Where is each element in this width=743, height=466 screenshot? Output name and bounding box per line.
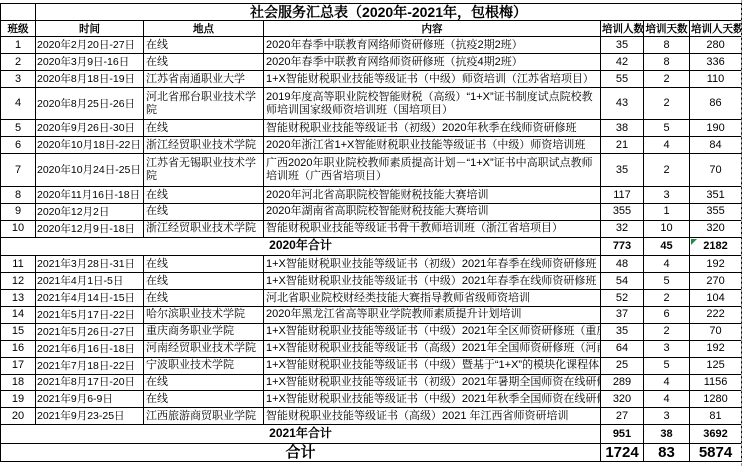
table-row: 42020年8月25日-26日河北省邢台职业技术学院2019年度高等职业院校智能…	[1, 87, 742, 120]
cell-trainees[interactable]: 27	[601, 408, 644, 425]
cell-class-no[interactable]: 15	[1, 323, 36, 340]
cell-person-days[interactable]: 125	[690, 357, 742, 374]
cell-days[interactable]: 4	[644, 374, 690, 391]
cell-class-no[interactable]: 16	[1, 340, 36, 357]
cell-content[interactable]: 智能财税职业技能等级证书（初级）2020年秋季在线师资研修班	[264, 120, 601, 137]
cell-days[interactable]: 2	[644, 70, 690, 87]
cell-time[interactable]: 2021年4月14日-15日	[36, 289, 144, 306]
cell-class-no[interactable]: 8	[1, 186, 36, 203]
cell-content[interactable]: 1+X智能财税职业技能等级证书（中级）师资培训（江苏省培项目）	[264, 70, 601, 87]
cell-days[interactable]: 6	[644, 306, 690, 323]
cell-content[interactable]: 1+X智能财税职业技能等级证书（中级）2021年春季在线师资研修班	[264, 272, 601, 289]
cell-days[interactable]: 2	[644, 154, 690, 187]
cell-person-days[interactable]: 280	[690, 37, 742, 54]
cell-total-label[interactable]: 2020年合计	[1, 237, 601, 255]
cell-class-no[interactable]: 13	[1, 289, 36, 306]
cell-location[interactable]: 在线	[144, 272, 264, 289]
cell-location[interactable]: 在线	[144, 256, 264, 273]
cell-time[interactable]: 2021年8月17日-20日	[36, 374, 144, 391]
cell-trainees[interactable]: 951	[601, 425, 644, 443]
cell-trainees[interactable]: 43	[601, 87, 644, 120]
cell-person-days[interactable]: 192	[690, 340, 742, 357]
cell-person-days[interactable]: 1156	[690, 374, 742, 391]
cell-total-label[interactable]: 2021年合计	[1, 425, 601, 443]
cell-class-no[interactable]: 5	[1, 120, 36, 137]
cell-content[interactable]: 2020年浙江省1+X智能财税职业技能等级证书（中级）师资培训班	[264, 137, 601, 154]
cell-class-no[interactable]: 2	[1, 54, 36, 71]
cell-person-days[interactable]: 190	[690, 120, 742, 137]
cell-trainees[interactable]: 48	[601, 256, 644, 273]
spreadsheet-view: 社会服务汇总表（2020年-2021年，包根梅） 班级 时间 地点 内容 培训人…	[0, 0, 743, 466]
cell-time[interactable]: 2021年4月1日-5日	[36, 272, 144, 289]
cell-person-days[interactable]: 336	[690, 54, 742, 71]
summary-table: 社会服务汇总表（2020年-2021年，包根梅） 班级 时间 地点 内容 培训人…	[0, 3, 742, 462]
table-row: 142021年5月17日-22日哈尔滨职业技术学院2020年黑龙江省高等职业学院…	[1, 306, 742, 323]
cell-person-days[interactable]: 222	[690, 306, 742, 323]
cell-time[interactable]: 2021年9月6-9日	[36, 391, 144, 408]
cell-location[interactable]: 在线	[144, 37, 264, 54]
page-break-line	[741, 0, 742, 466]
cell-time[interactable]: 2020年9月26日-30日	[36, 120, 144, 137]
cell-time[interactable]: 2021年6月16日-18日	[36, 340, 144, 357]
table-row: 192021年9月6-9日在线1+X智能财税职业技能等级证书（中级）2021年秋…	[1, 391, 742, 408]
cell-days[interactable]: 5	[644, 272, 690, 289]
cell-content[interactable]: 广西2020年职业院校教师素质提高计划－“1+X”证书中高职试点教师培训班（广西…	[264, 154, 601, 187]
cell-person-days[interactable]: 84	[690, 137, 742, 154]
cell-trainees[interactable]: 320	[601, 391, 644, 408]
cell-person-days[interactable]: 70	[690, 323, 742, 340]
cell-days[interactable]: 4	[644, 256, 690, 273]
cell-location[interactable]: 在线	[144, 374, 264, 391]
cell-trainees[interactable]: 21	[601, 137, 644, 154]
cell-days[interactable]: 4	[644, 137, 690, 154]
cell-content[interactable]: 1+X智能财税职业技能等级证书（中级）2021年全区师资研修班（重庆站）	[264, 323, 601, 340]
cell-trainees[interactable]: 35	[601, 323, 644, 340]
cell-class-no[interactable]: 3	[1, 70, 36, 87]
cell-time[interactable]: 2020年12月9日-18日	[36, 220, 144, 237]
cell-content[interactable]: 2020年黑龙江省高等职业学院教师素质提升计划培训	[264, 306, 601, 323]
cell-class-no[interactable]: 1	[1, 37, 36, 54]
cell-time[interactable]: 2021年5月26日-27日	[36, 323, 144, 340]
cell-time[interactable]: 2021年5月17日-22日	[36, 306, 144, 323]
cell-location[interactable]: 在线	[144, 186, 264, 203]
header-row: 班级 时间 地点 内容 培训人数 培训天数 培训人天数	[1, 21, 742, 37]
table-row: 12020年2月20日-27日在线2020年春季中联教育网络师资研修班（抗疫2期…	[1, 37, 742, 54]
cell-days[interactable]: 83	[644, 443, 690, 461]
table-row: 132021年4月14日-15日在线河北省职业院校财经类技能大赛指导教师省级师资…	[1, 289, 742, 306]
table-row: 52020年9月26日-30日在线智能财税职业技能等级证书（初级）2020年秋季…	[1, 120, 742, 137]
cell-person-days[interactable]: 2182	[690, 237, 742, 255]
cell-class-no[interactable]: 18	[1, 374, 36, 391]
cell-content[interactable]: 1+X智能财税职业技能等级证书（高级）2021年全国师资研修班（河南站）	[264, 340, 601, 357]
cell-location[interactable]: 浙江经贸职业技术学院	[144, 137, 264, 154]
cell-person-days[interactable]: 1280	[690, 391, 742, 408]
cell-content[interactable]: 2020年春季中联教育网络师资研修班（抗疫2期2班）	[264, 37, 601, 54]
cell-location[interactable]: 在线	[144, 289, 264, 306]
cell-trainees[interactable]: 35	[601, 37, 644, 54]
cell-location[interactable]: 重庆商务职业学院	[144, 323, 264, 340]
cell-content[interactable]: 2020年湖南省高职院校智能财税技能大赛培训	[264, 203, 601, 220]
cell-days[interactable]: 3	[644, 186, 690, 203]
cell-location[interactable]: 河北省邢台职业技术学院	[144, 87, 264, 120]
cell-location[interactable]: 江苏省南通职业大学	[144, 70, 264, 87]
cell-location[interactable]: 河南经贸职业技术学院	[144, 340, 264, 357]
cell-trainees[interactable]: 355	[601, 203, 644, 220]
table-row: 182021年8月17日-20日在线1+X智能财税职业技能等级证书（初级）202…	[1, 374, 742, 391]
cell-content[interactable]: 1+X智能财税职业技能等级证书（中级）2021年秋季全国师资在线研修	[264, 391, 601, 408]
grand-total-row: 合计1724835874	[1, 443, 742, 461]
cell-person-days[interactable]: 351	[690, 186, 742, 203]
cell-days[interactable]: 5	[644, 120, 690, 137]
cell-days[interactable]: 5	[644, 357, 690, 374]
cell-content[interactable]: 1+X智能财税职业技能等级证书（初级）2021年暑期全国师资在线研修班	[264, 374, 601, 391]
cell-content[interactable]: 2019年度高等职业院校智能财税（高级）“1+X”证书制度试点院校教师培训国家级…	[264, 87, 601, 120]
cell-class-no[interactable]: 6	[1, 137, 36, 154]
cell-location[interactable]: 在线	[144, 391, 264, 408]
cell-days[interactable]: 38	[644, 425, 690, 443]
cell-location[interactable]: 在线	[144, 203, 264, 220]
cell-days[interactable]: 2	[644, 87, 690, 120]
cell-location[interactable]: 哈尔滨职业技术学院	[144, 306, 264, 323]
cell-person-days[interactable]: 110	[690, 70, 742, 87]
col-header-person-days[interactable]: 培训人天数	[690, 21, 742, 37]
cell-trainees[interactable]: 52	[601, 289, 644, 306]
col-header-content[interactable]: 内容	[264, 21, 601, 37]
cell-location[interactable]: 在线	[144, 54, 264, 71]
table-row: 32020年8月18日-19日江苏省南通职业大学1+X智能财税职业技能等级证书（…	[1, 70, 742, 87]
col-header-trainees[interactable]: 培训人数	[601, 21, 644, 37]
cell-content[interactable]: 河北省职业院校财经类技能大赛指导教师省级师资培训	[264, 289, 601, 306]
cell-trainees[interactable]: 55	[601, 70, 644, 87]
cell-person-days[interactable]: 5874	[690, 443, 742, 461]
table-row: 152021年5月26日-27日重庆商务职业学院1+X智能财税职业技能等级证书（…	[1, 323, 742, 340]
cell-content[interactable]: 2020年春季中联教育网络师资研修班（抗疫4期2班）	[264, 54, 601, 71]
cell-person-days[interactable]: 70	[690, 154, 742, 187]
page-title[interactable]: 社会服务汇总表（2020年-2021年，包根梅）	[36, 4, 742, 21]
cell-time[interactable]: 2020年8月18日-19日	[36, 70, 144, 87]
table-row: 22020年3月9日-16日在线2020年春季中联教育网络师资研修班（抗疫4期2…	[1, 54, 742, 71]
cell-time[interactable]: 2021年3月28日-31日	[36, 256, 144, 273]
cell-days[interactable]: 2	[644, 323, 690, 340]
cell-trainees[interactable]: 32	[601, 220, 644, 237]
cell-time[interactable]: 2021年9月23-25日	[36, 408, 144, 425]
cell-content[interactable]: 1+X智能财税职业技能等级证书（初级）2021年春季在线师资研修班	[264, 256, 601, 273]
cell-trainees[interactable]: 64	[601, 340, 644, 357]
cell-location[interactable]: 在线	[144, 120, 264, 137]
cell-time[interactable]: 2020年8月25日-26日	[36, 87, 144, 120]
cell-class-no[interactable]: 19	[1, 391, 36, 408]
cell-location[interactable]: 宁波职业技术学院	[144, 357, 264, 374]
cell-time[interactable]: 2020年10月18日-22日	[36, 137, 144, 154]
cell-class-no[interactable]: 10	[1, 220, 36, 237]
cell-time[interactable]: 2021年7月18日-22日	[36, 357, 144, 374]
cell-trainees[interactable]: 773	[601, 237, 644, 255]
table-row: 202021年9月23-25日江西旅游商贸职业学院智能财税职业技能等级证书（高级…	[1, 408, 742, 425]
cell-days[interactable]: 8	[644, 37, 690, 54]
cell-location[interactable]: 江西旅游商贸职业学院	[144, 408, 264, 425]
cell-content[interactable]: 1+X智能财税职业技能等级证书（中级）暨基于“1+X”的模块化课程体系构建与	[264, 357, 601, 374]
cell-class-no[interactable]: 11	[1, 256, 36, 273]
cell-trainees[interactable]: 1724	[601, 443, 644, 461]
cell-time[interactable]: 2020年2月20日-27日	[36, 37, 144, 54]
cell-trainees[interactable]: 42	[601, 54, 644, 71]
cell-time[interactable]: 2020年11月16日-18日	[36, 186, 144, 203]
cell-days[interactable]: 10	[644, 220, 690, 237]
col-header-time[interactable]: 时间	[36, 21, 144, 37]
cell-days[interactable]: 3	[644, 408, 690, 425]
cell-person-days[interactable]: 86	[690, 87, 742, 120]
cell-class-no[interactable]: 17	[1, 357, 36, 374]
table-row: 102020年12月9日-18日浙江经贸职业技术学院智能财税职业技能等级证书骨干…	[1, 220, 742, 237]
cell-days[interactable]: 1	[644, 203, 690, 220]
cell-trainees[interactable]: 38	[601, 120, 644, 137]
cell-location[interactable]: 浙江经贸职业技术学院	[144, 220, 264, 237]
cell-content[interactable]: 智能财税职业技能等级证书（高级）2021 年江西省师资研培训	[264, 408, 601, 425]
cell-class-no[interactable]: 20	[1, 408, 36, 425]
cell-trainees[interactable]: 289	[601, 374, 644, 391]
table-row: 82020年11月16日-18日在线2020年河北省高职院校智能财税技能大赛培训…	[1, 186, 742, 203]
table-row: 122021年4月1日-5日在线1+X智能财税职业技能等级证书（中级）2021年…	[1, 272, 742, 289]
cell-trainees[interactable]: 117	[601, 186, 644, 203]
table-row: 172021年7月18日-22日宁波职业技术学院1+X智能财税职业技能等级证书（…	[1, 357, 742, 374]
cell-time[interactable]: 2020年10月24日-25日	[36, 154, 144, 187]
table-row: 112021年3月28日-31日在线1+X智能财税职业技能等级证书（初级）202…	[1, 256, 742, 273]
cell-location[interactable]: 江苏省无锡职业技术学院	[144, 154, 264, 187]
error-indicator-icon	[691, 239, 697, 245]
cell-class-no[interactable]: 4	[1, 87, 36, 120]
cell-total-label[interactable]: 合计	[1, 443, 601, 461]
cell-class-no[interactable]: 14	[1, 306, 36, 323]
cell-trainees[interactable]: 37	[601, 306, 644, 323]
title-row-left-cell[interactable]	[1, 4, 36, 21]
cell-class-no[interactable]: 12	[1, 272, 36, 289]
cell-person-days[interactable]: 104	[690, 289, 742, 306]
table-row: 72020年10月24日-25日江苏省无锡职业技术学院广西2020年职业院校教师…	[1, 154, 742, 187]
cell-trainees[interactable]: 35	[601, 154, 644, 187]
table-row: 92020年12月2日在线2020年湖南省高职院校智能财税技能大赛培训35513…	[1, 203, 742, 220]
total-row-2020: 2020年合计773452182	[1, 237, 742, 255]
cell-days[interactable]: 2	[644, 289, 690, 306]
cell-trainees[interactable]: 54	[601, 272, 644, 289]
cell-person-days[interactable]: 355	[690, 203, 742, 220]
cell-content[interactable]: 2020年河北省高职院校智能财税技能大赛培训	[264, 186, 601, 203]
cell-person-days[interactable]: 320	[690, 220, 742, 237]
cell-days[interactable]: 3	[644, 340, 690, 357]
cell-content[interactable]: 智能财税职业技能等级证书骨干教师培训班（浙江省培项目）	[264, 220, 601, 237]
cell-class-no[interactable]: 9	[1, 203, 36, 220]
col-header-days[interactable]: 培训天数	[644, 21, 690, 37]
cell-person-days[interactable]: 192	[690, 256, 742, 273]
cell-time[interactable]: 2020年12月2日	[36, 203, 144, 220]
table-row: 162021年6月16日-18日河南经贸职业技术学院1+X智能财税职业技能等级证…	[1, 340, 742, 357]
cell-days[interactable]: 8	[644, 54, 690, 71]
table-row: 62020年10月18日-22日浙江经贸职业技术学院2020年浙江省1+X智能财…	[1, 137, 742, 154]
total-row-2021: 2021年合计951383692	[1, 425, 742, 443]
cell-time[interactable]: 2020年3月9日-16日	[36, 54, 144, 71]
cell-days[interactable]: 45	[644, 237, 690, 255]
cell-days[interactable]: 4	[644, 391, 690, 408]
cell-class-no[interactable]: 7	[1, 154, 36, 187]
cell-person-days[interactable]: 81	[690, 408, 742, 425]
col-header-location[interactable]: 地点	[144, 21, 264, 37]
cell-person-days[interactable]: 3692	[690, 425, 742, 443]
cell-person-days[interactable]: 270	[690, 272, 742, 289]
cell-trainees[interactable]: 25	[601, 357, 644, 374]
col-header-class-no[interactable]: 班级	[1, 21, 36, 37]
title-row: 社会服务汇总表（2020年-2021年，包根梅）	[1, 4, 742, 21]
